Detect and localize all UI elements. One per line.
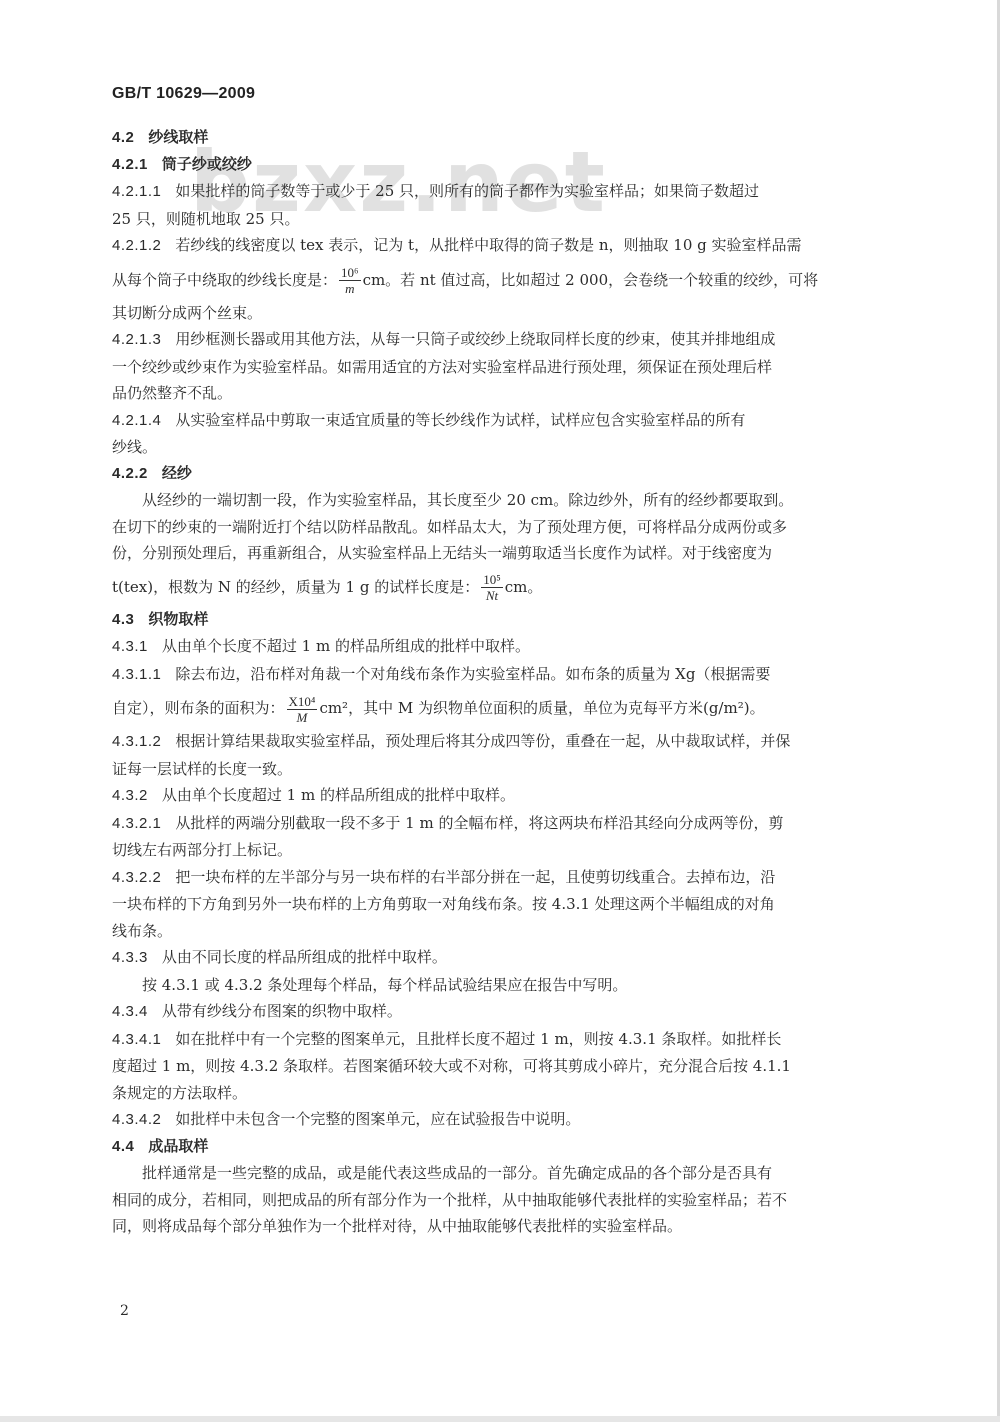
clause-4-3-4-1: 4.3.4.1如在批样中有一个完整的图案单元，且批样长度不超过 1 m，则按 4… — [112, 1026, 910, 1107]
clause-4-3-2-1: 4.3.2.1从批样的两端分别截取一段不多于 1 m 的全幅布样，将这两块布样沿… — [112, 810, 910, 864]
heading-4-3: 4.3织物取样 — [112, 607, 910, 634]
clause-4-3-1-2: 4.3.1.2根据计算结果裁取实验室样品，预处理后将其分成四等份，重叠在一起，从… — [112, 728, 910, 782]
clause-4-3-4: 4.3.4从带有纱线分布图案的织物中取样。 — [112, 998, 910, 1026]
formula-fraction: 10⁶m — [339, 265, 361, 296]
clause-4-2-1-4: 4.2.1.4从实验室样品中剪取一束适宜质量的等长纱线作为试样，试样应包含实验室… — [112, 407, 910, 461]
clause-4-4-body: 批样通常是一些完整的成品，或是能代表这些成品的一部分。首先确定成品的各个部分是否… — [112, 1160, 910, 1240]
page-edge-bottom — [0, 1416, 1000, 1422]
clause-4-3-2: 4.3.2从由单个长度超过 1 m 的样品所组成的批样中取样。 — [112, 782, 910, 810]
clause-4-2-1-1: 4.2.1.1如果批样的筒子数等于或少于 25 只，则所有的筒子都作为实验室样品… — [112, 178, 910, 232]
clause-4-3-3: 4.3.3从由不同长度的样品所组成的批样中取样。 按 4.3.1 或 4.3.2… — [112, 944, 910, 998]
clause-4-3-1-1: 4.3.1.1除去布边，沿布样对角裁一个对角线布条作为实验室样品。如布条的质量为… — [112, 661, 910, 729]
heading-4-2: 4.2纱线取样 — [112, 125, 910, 152]
formula-fraction: 10⁵Nt — [481, 572, 503, 603]
heading-4-2-1: 4.2.1筒子纱或绞纱 — [112, 152, 910, 179]
clause-4-3-4-2: 4.3.4.2如批样中未包含一个完整的图案单元，应在试验报告中说明。 — [112, 1106, 910, 1134]
heading-4-2-2: 4.2.2经纱 — [112, 461, 910, 488]
clause-4-2-1-3: 4.2.1.3用纱框测长器或用其他方法，从每一只筒子或绞纱上绕取同样长度的纱束，… — [112, 326, 910, 407]
clause-4-2-1-2: 4.2.1.2若纱线的线密度以 tex 表示，记为 t，从批样中取得的筒子数是 … — [112, 232, 910, 326]
formula-fraction: X10⁴M — [287, 694, 318, 725]
clause-4-2-2-body: 从经纱的一端切割一段，作为实验室样品，其长度至少 20 cm。除边纱外，所有的经… — [112, 487, 910, 607]
page-number: 2 — [120, 1303, 129, 1319]
heading-4-4: 4.4成品取样 — [112, 1134, 910, 1161]
clause-4-3-1: 4.3.1从由单个长度不超过 1 m 的样品所组成的批样中取样。 — [112, 633, 910, 661]
document-body: 4.2纱线取样 4.2.1筒子纱或绞纱 4.2.1.1如果批样的筒子数等于或少于… — [112, 125, 910, 1240]
clause-4-3-2-2: 4.3.2.2把一块布样的左半部分与另一块布样的右半部分拼在一起，且使剪切线重合… — [112, 864, 910, 945]
document-header: GB/T 10629—2009 — [112, 85, 255, 103]
standard-number: GB/T 10629—2009 — [112, 85, 255, 102]
